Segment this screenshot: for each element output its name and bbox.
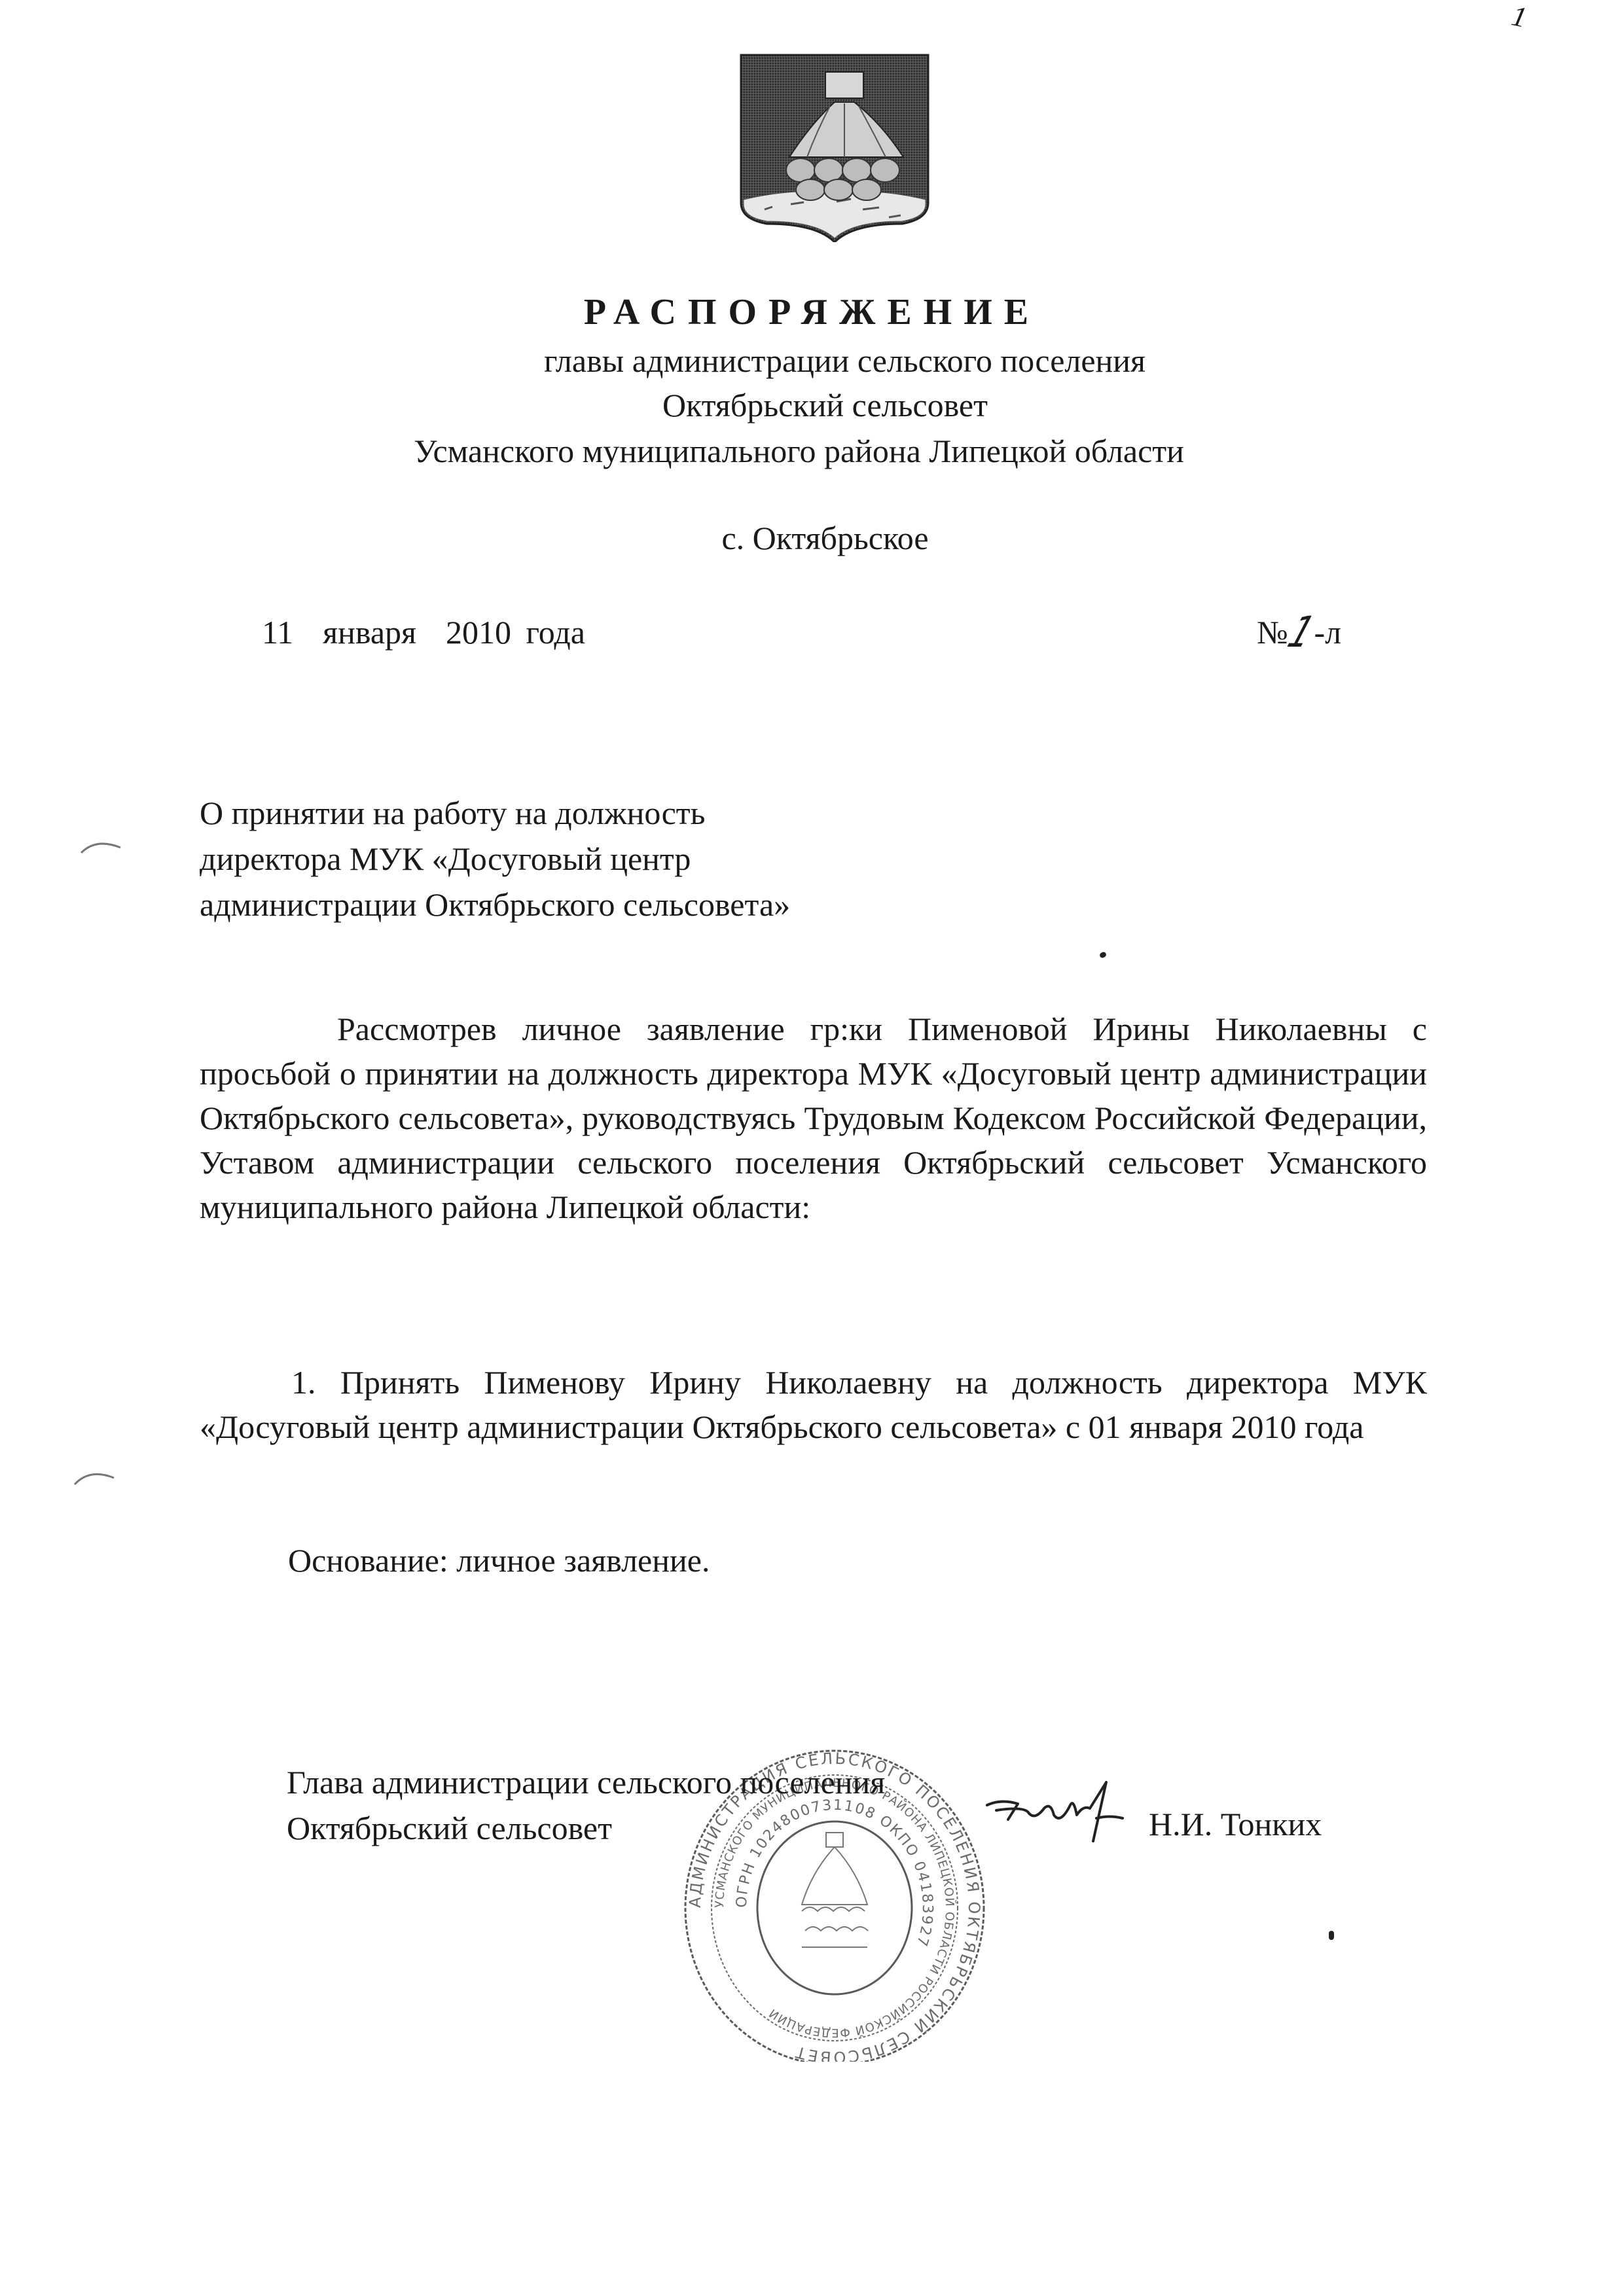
document-subject: О принятии на работу на должность директ… — [200, 790, 985, 927]
issuer-line-3: Усманского муниципального района Липецко… — [0, 432, 1611, 470]
ink-speck — [1099, 951, 1108, 959]
coat-of-arms-icon — [738, 52, 931, 242]
number-prefix: № — [1257, 614, 1288, 651]
issuer-line-2: Октябрьский сельсовет — [13, 386, 1624, 424]
coat-of-arms-emblem — [738, 52, 931, 242]
subject-line-3: администрации Октябрьского сельсовета» — [200, 882, 985, 927]
margin-punch-mark — [80, 834, 126, 861]
handwritten-signature — [982, 1779, 1139, 1851]
basis-line: Основание: личное заявление. — [288, 1541, 710, 1579]
handwritten-page-number: 1 — [1509, 0, 1530, 35]
signature-scribble-icon — [982, 1779, 1139, 1851]
signatory-position-line-2: Октябрьский сельсовет — [287, 1805, 885, 1851]
place-of-issue: с. Октябрьское — [13, 519, 1624, 557]
order-item-1: 1. Принять Пименову Ирину Николаевну на … — [200, 1360, 1427, 1449]
margin-punch-mark — [73, 1465, 119, 1491]
subject-line-2: директора МУК «Досуговый центр — [200, 836, 985, 882]
signatory-position: Глава администрации сельского поселения … — [287, 1759, 885, 1851]
document-date: 11 января 2010 года — [262, 613, 585, 651]
ink-speck — [1329, 1931, 1334, 1940]
signatory-name: Н.И. Тонких — [1149, 1805, 1322, 1843]
document-number: №1-л — [1257, 613, 1341, 651]
signatory-position-line-1: Глава администрации сельского поселения — [287, 1759, 885, 1805]
issuer-line-1: главы администрации сельского поселения — [33, 342, 1624, 380]
number-suffix: -л — [1314, 614, 1342, 651]
preamble-paragraph: Рассмотрев личное заявление гр:ки Пимено… — [200, 1007, 1427, 1229]
document-title: РАСПОРЯЖЕНИЕ — [0, 291, 1624, 333]
subject-line-1: О принятии на работу на должность — [200, 790, 985, 836]
